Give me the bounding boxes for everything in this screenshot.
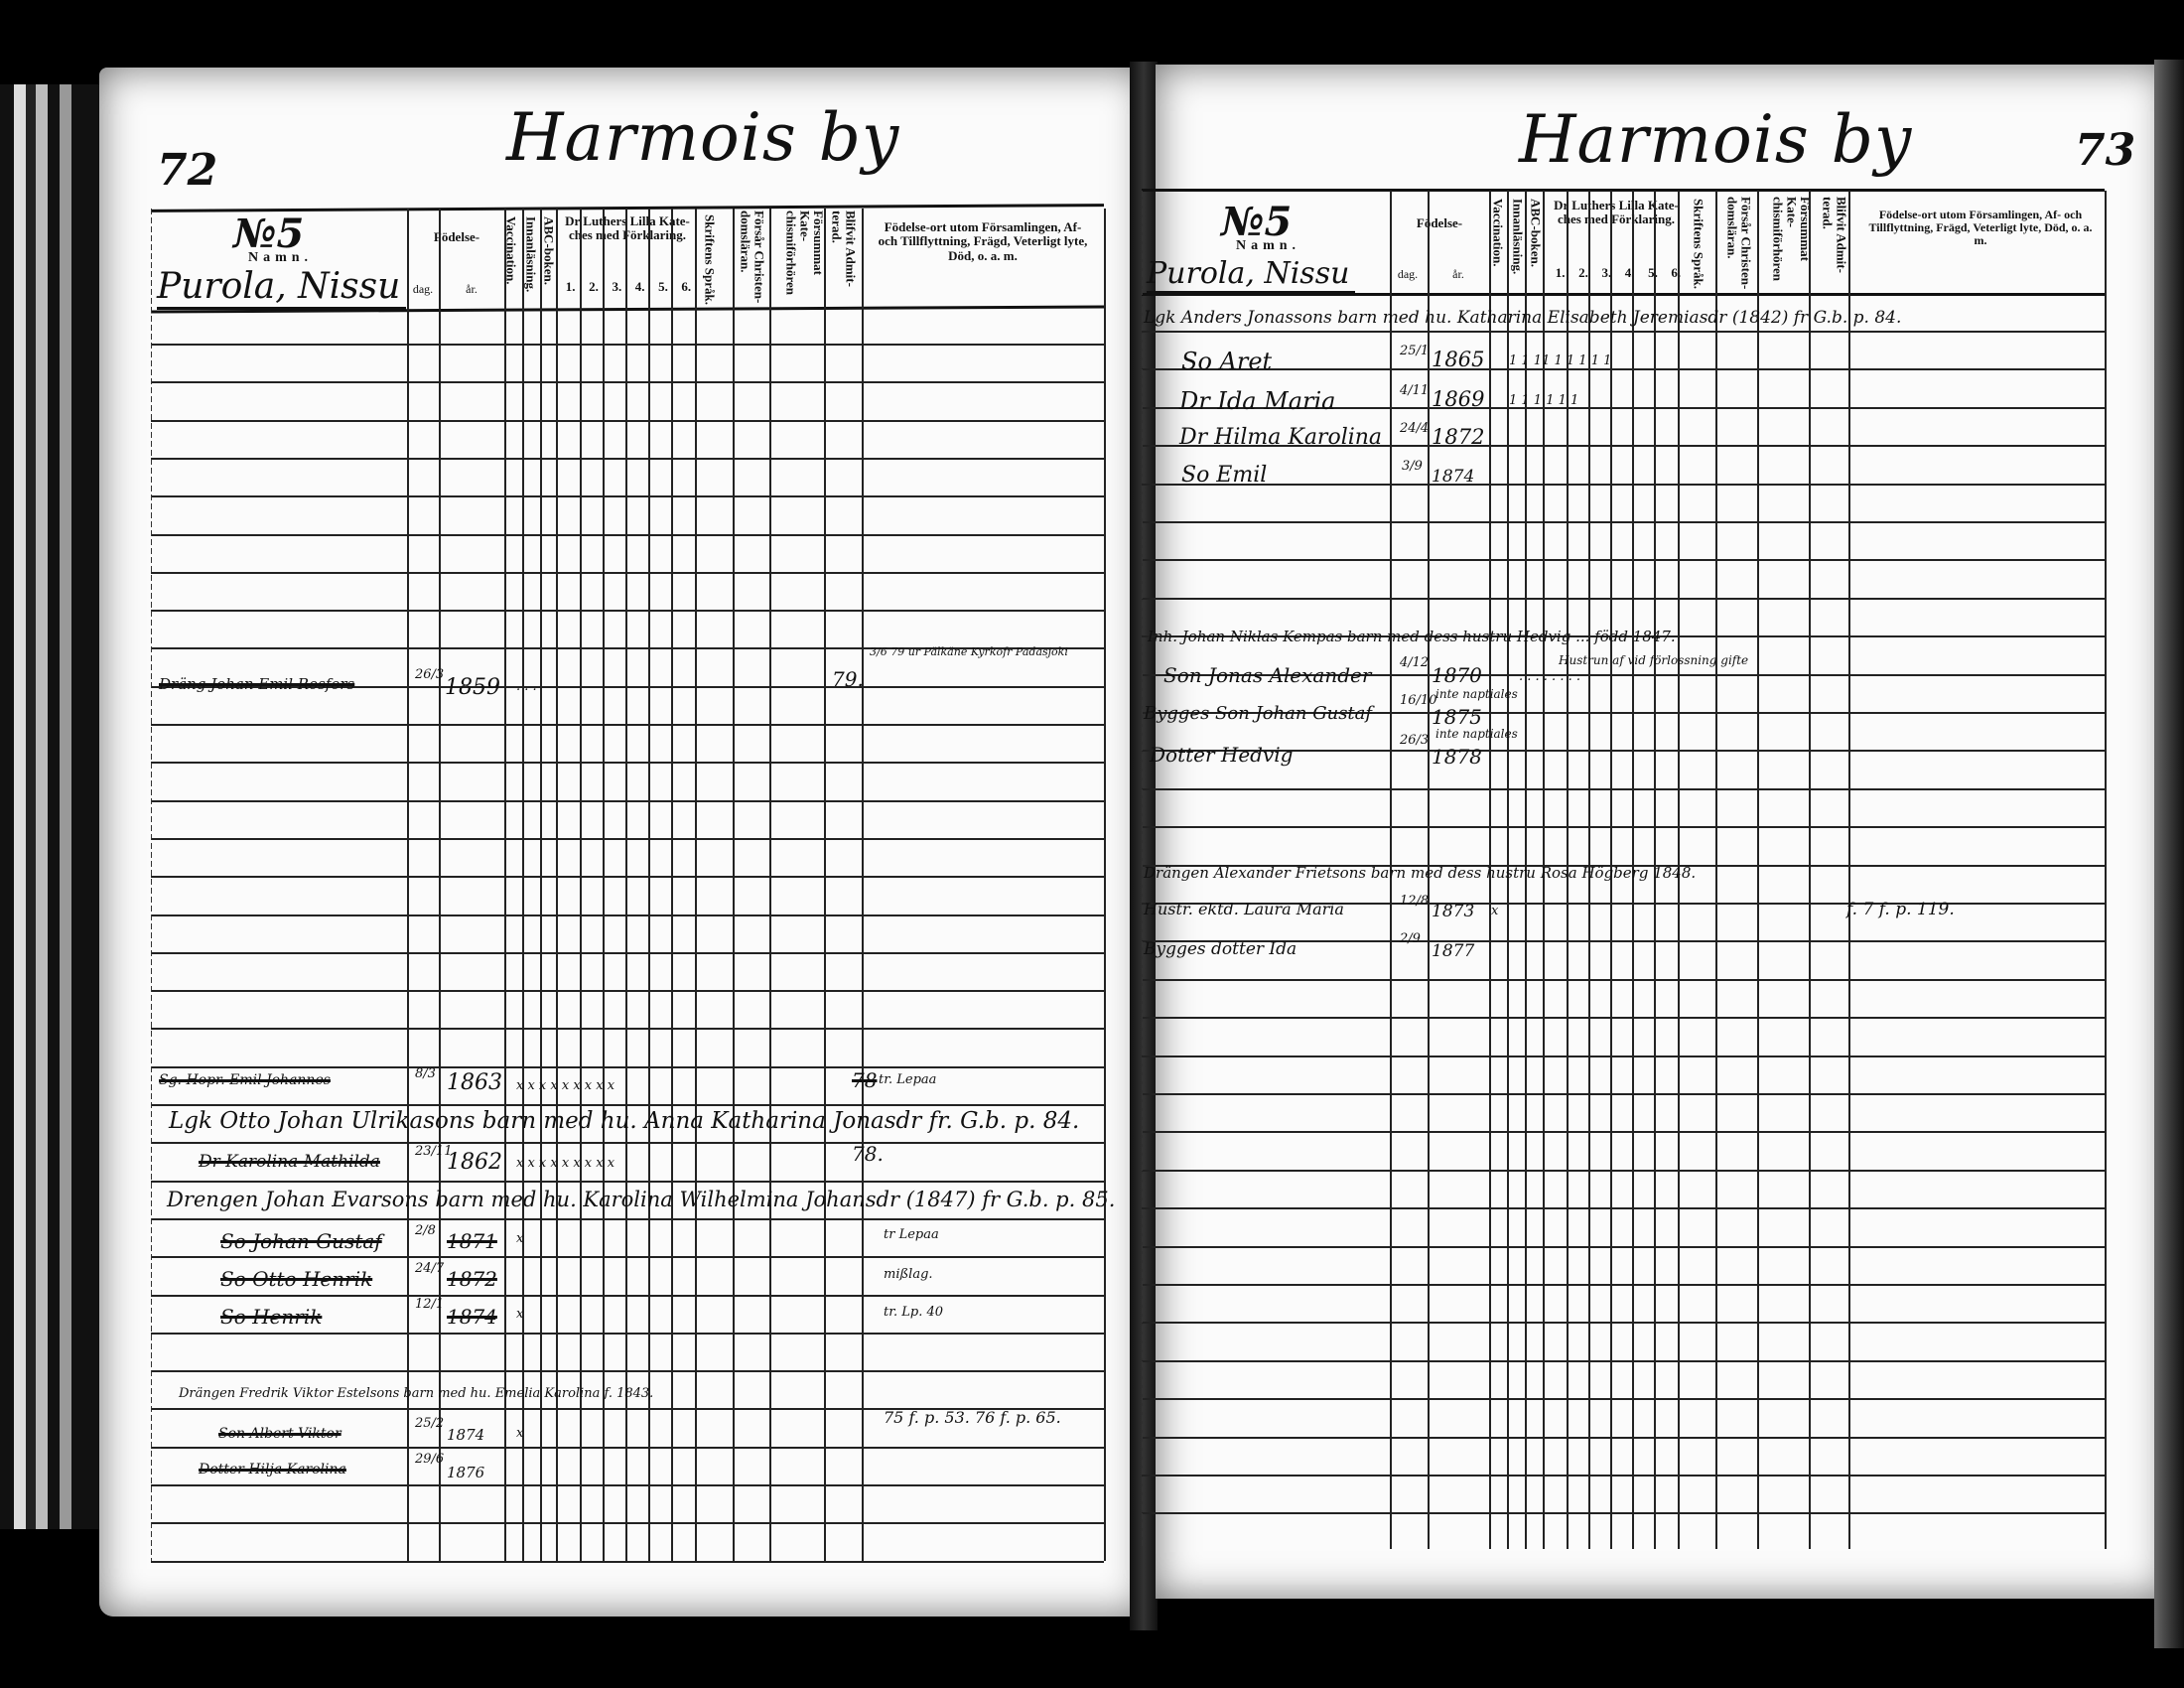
ruled-row-line (151, 838, 1104, 840)
right-entry-marks: 1 1 11 1 1 1 1 1 (1509, 353, 1611, 368)
left-namn-label: Namn. (248, 250, 313, 266)
column-divider (648, 209, 650, 1561)
right-entry-dag: 24/4 (1400, 421, 1429, 436)
left-entry-name: So Johan Gustaf (220, 1229, 382, 1253)
left-entry-marks: x (516, 1231, 523, 1246)
right-entry-ar: 1870 (1432, 663, 1482, 687)
column-divider (1848, 191, 1850, 1549)
ruled-row-line (1142, 1437, 2105, 1439)
right-entry-name: Dr Hilma Karolina (1179, 425, 1382, 450)
left-entry-dag: 8/3 (415, 1066, 436, 1081)
right-entry-remark: Hustrun af vid förlossning gifte (1559, 653, 1748, 667)
left-entry-remark: tr. Lepaa (879, 1072, 936, 1087)
left-header-fodelse: Födelse- (407, 230, 506, 244)
left-entry-marks: . . . (516, 679, 537, 694)
page-left-border (151, 209, 152, 1561)
column-divider (556, 209, 558, 1561)
ruled-row-line (1142, 1360, 2105, 1362)
right-page-number: 73 (2075, 125, 2135, 176)
right-part-2: 2. (1571, 266, 1594, 280)
ruled-row-line (151, 876, 1104, 878)
ruled-row-line (1142, 1512, 2105, 1514)
page-left-border (1142, 191, 1143, 1549)
left-entry-name: Dr Karolina Mathilda (199, 1152, 380, 1172)
ruled-row-line (1142, 559, 2105, 561)
ruled-row-line (151, 1104, 1104, 1106)
right-farm-name: Purola, Nissu (1147, 256, 1355, 294)
right-entry-name: Son Jonas Alexander (1163, 663, 1371, 687)
right-entry-ar: 1878 (1432, 745, 1482, 769)
ruled-row-line (151, 1028, 1104, 1030)
ruled-row-line (151, 344, 1104, 346)
ruled-row-line (1142, 331, 2105, 333)
column-divider (1715, 191, 1717, 1549)
ruled-row-line (1142, 1246, 2105, 1248)
right-entry-name: Bygges Son Johan Gustaf (1144, 703, 1372, 724)
right-entry-dag: 3/9 (1402, 459, 1423, 474)
left-household-head: Drängen Fredrik Viktor Estelsons barn me… (179, 1386, 653, 1401)
right-header-ar: år. (1428, 268, 1489, 281)
right-entry-name: Hustr. ektd. Laura Maria (1144, 900, 1344, 918)
right-entry-ar: 1877 (1432, 941, 1474, 961)
left-entry-name: So Henrik (220, 1305, 322, 1329)
left-entry-ar: 1871 (447, 1229, 497, 1253)
right-entry-note: inte naptiales (1435, 687, 1518, 701)
right-entry-ar: 1875 (1432, 705, 1482, 729)
ruled-row-line (1142, 368, 2105, 370)
left-entry-dag: 26/3 (415, 667, 444, 682)
ruled-row-line (151, 990, 1104, 992)
left-entry-dag: 29/6 (415, 1452, 444, 1467)
left-entry-ar: 1863 (447, 1070, 502, 1095)
ruled-row-line (151, 952, 1104, 954)
left-entry-ar: 1859 (445, 675, 500, 700)
right-namn-label: Namn. (1236, 238, 1300, 254)
column-divider (769, 209, 771, 1561)
ruled-row-line (151, 724, 1104, 726)
ruled-row-line (151, 1295, 1104, 1297)
column-divider (733, 209, 735, 1561)
left-entry-marks: x (516, 1307, 523, 1322)
right-part-5: 5. (1641, 266, 1664, 280)
right-entry-dag: 4/12 (1400, 655, 1429, 670)
left-header-innanlasning: Innanläsning. (524, 216, 538, 304)
ruled-row-line (151, 420, 1104, 422)
column-divider (603, 209, 605, 1561)
column-divider (824, 209, 826, 1561)
right-entry-name: Dotter Hedvig (1150, 743, 1293, 767)
ruled-row-line (1142, 1093, 2105, 1095)
left-entry-marks: x (516, 1426, 523, 1441)
ruled-row-line (151, 1484, 1104, 1486)
left-header-forsar: Försår Christen-domsläran. (739, 211, 765, 306)
ruled-row-line (151, 762, 1104, 764)
right-header-skriftens: Skriftens Språk. (1692, 199, 1706, 290)
right-household-head: Lgk Anders Jonassons barn med hu. Kathar… (1144, 308, 1901, 328)
ruled-row-line (1142, 484, 2105, 486)
ruled-row-line (1142, 826, 2105, 828)
left-entry-admitted: 78. (852, 1142, 884, 1166)
ruled-row-line (1142, 1170, 2105, 1172)
column-divider (407, 209, 409, 1561)
right-entry-dag: 25/1 (1400, 344, 1429, 358)
right-entry-dag: 12/8 (1400, 894, 1429, 909)
column-divider (862, 209, 864, 1561)
left-part-1: 1. (559, 280, 582, 294)
ruled-row-line (151, 610, 1104, 612)
column-divider (2105, 191, 2107, 1549)
column-divider (1757, 191, 1759, 1549)
left-entry-dag: 12/1 (415, 1297, 444, 1312)
ruled-row-line (151, 914, 1104, 916)
ruled-row-line (151, 572, 1104, 574)
ruled-row-line (151, 1218, 1104, 1220)
ruled-row-line (151, 1066, 1104, 1068)
right-village-title: Harmois by (1519, 101, 1912, 178)
right-part-4: 4. (1618, 266, 1641, 280)
left-entry-marks: x x x x x x x x x (516, 1156, 614, 1171)
ruled-row-line (1142, 1055, 2105, 1057)
right-entry-ar: 1874 (1432, 467, 1474, 487)
left-entry-remark: 75 f. p. 53. 76 f. p. 65. (884, 1408, 1061, 1427)
left-entry-ar: 1872 (447, 1267, 497, 1291)
ruled-row-line (1142, 598, 2105, 600)
column-divider (439, 209, 441, 1561)
ruled-row-line (151, 534, 1104, 536)
ruled-row-line (151, 1256, 1104, 1258)
right-header-vaccination: Vaccination. (1491, 199, 1505, 290)
right-entry-ar: 1872 (1432, 425, 1484, 449)
right-header-parts: 1. 2. 3. 4. 5. 6. (1549, 266, 1688, 280)
right-part-3: 3. (1595, 266, 1618, 280)
column-divider (625, 209, 627, 1561)
right-entry-marks: 1 1 1 1 1 1 (1509, 393, 1578, 408)
left-entry-dag: 24/7 (415, 1261, 444, 1276)
left-entry-name: So Otto Henrik (220, 1267, 372, 1291)
left-entry-remark: 3/6 79 ur Pälkäne Kyrkofr Padasjoki (870, 645, 1068, 658)
left-entry-remark: tr Lepaa (884, 1227, 939, 1242)
column-divider (540, 209, 542, 1561)
right-household-head: Drängen Alexander Frietsons barn med des… (1144, 864, 1696, 882)
left-entry-admitted: 79. (832, 667, 864, 691)
left-header-remarks: Födelse-ort utom Församlingen, Af- och T… (874, 220, 1092, 263)
left-household-head: Drengen Johan Evarsons barn med hu. Karo… (167, 1188, 1115, 1211)
right-header-top-rule (1142, 189, 2105, 192)
right-header-fodelse: Födelse- (1390, 216, 1489, 230)
ruled-row-line (1142, 1284, 2105, 1286)
right-entry-marks: . . . . . . . . (1519, 669, 1580, 684)
right-entry-name: So Emil (1181, 463, 1267, 488)
right-header-forsummat: Försummat Kate-chismiförhören (1771, 197, 1812, 290)
left-entry-dag: 25/2 (415, 1416, 444, 1431)
right-part-6: 6. (1665, 266, 1688, 280)
ruled-row-line (151, 1447, 1104, 1449)
right-header-abc: ABC-boken. (1529, 199, 1543, 290)
right-household-head: Inh. Johan Niklas Kempas barn med dess h… (1148, 628, 1676, 645)
right-entry-name: Dr Ida Maria (1179, 387, 1335, 415)
book-gutter (1130, 62, 1158, 1630)
left-header-abc: ABC-boken. (542, 216, 556, 304)
column-divider (671, 209, 673, 1561)
column-divider (1809, 191, 1811, 1549)
ruled-row-line (1142, 979, 2105, 981)
column-divider (1104, 209, 1106, 1561)
column-divider (695, 209, 697, 1561)
right-page-edge-shadow (2154, 60, 2184, 1648)
left-entry-name: Sg. Hopr. Emil Johannes (159, 1072, 331, 1088)
ruled-row-line (151, 800, 1104, 802)
left-header-dag: dag. (407, 283, 439, 296)
left-header-vaccination: Vaccination. (504, 216, 518, 304)
left-header-luther: Dr Luthers Lilla Kate-ches med Förklarin… (558, 214, 697, 243)
ruled-row-line (1142, 1131, 2105, 1133)
right-header-forsar: Försår Christen-domsläran. (1725, 197, 1752, 290)
ruled-row-line (1142, 788, 2105, 790)
book-page-edges (0, 84, 99, 1529)
right-entry-name: Bygges dotter Ida (1144, 939, 1297, 959)
right-entry-name: So Aret (1181, 348, 1272, 375)
left-entry-ar: 1874 (447, 1305, 497, 1329)
ruled-row-line (151, 458, 1104, 460)
ruled-row-line (151, 1142, 1104, 1144)
left-entry-marks: x x x x x x x x x (516, 1078, 614, 1093)
ruled-row-line (151, 1370, 1104, 1372)
ruled-row-line (151, 1561, 1104, 1563)
column-divider (580, 209, 582, 1561)
left-header-blifvit: Blifvit Admit-terad. (830, 211, 857, 306)
left-entry-remark: mißlag. (884, 1267, 933, 1282)
left-header-ar: år. (439, 283, 504, 296)
right-entry-note: inte naptiales (1435, 727, 1518, 741)
left-household-head: Lgk Otto Johan Ulrikasons barn med hu. A… (169, 1108, 1079, 1134)
left-farm-name: Purola, Nissu (157, 266, 406, 310)
right-entry-dag: 2/9 (1400, 931, 1421, 946)
left-entry-dag: 2/8 (415, 1223, 436, 1238)
right-entry-dag: 26/3 (1400, 733, 1429, 748)
right-entry-ar: 1865 (1432, 348, 1484, 371)
left-entry-ar: 1876 (447, 1464, 484, 1481)
column-divider (504, 209, 506, 1561)
right-entry-marks: x (1491, 904, 1498, 918)
right-entry-remark: f. 7 f. p. 119. (1846, 900, 1955, 919)
right-header-innanlasning: Innanläsning. (1511, 199, 1525, 290)
right-entry-dag: 4/11 (1400, 383, 1429, 398)
left-entry-ar: 1874 (447, 1426, 484, 1444)
ruled-row-line (151, 1522, 1104, 1524)
left-entry-name: Son Albert Viktor (218, 1426, 341, 1442)
ruled-row-line (1142, 521, 2105, 523)
ruled-row-line (1142, 1322, 2105, 1324)
left-entry-name: Dotter Hilja Karolina (199, 1462, 346, 1477)
left-entry-remark: tr. Lp. 40 (884, 1305, 943, 1320)
ruled-row-line (1142, 1398, 2105, 1400)
ruled-row-line (1142, 1017, 2105, 1019)
right-header-blifvit: Blifvit Admit-terad. (1821, 197, 1847, 290)
left-village-title: Harmois by (506, 99, 899, 176)
left-entry-admitted: 78 (852, 1068, 877, 1092)
ruled-row-line (151, 1181, 1104, 1183)
ruled-row-line (151, 495, 1104, 497)
ruled-row-line (151, 381, 1104, 383)
column-divider (522, 209, 524, 1561)
left-entry-ar: 1862 (447, 1150, 502, 1175)
left-entry-name: Dräng Johan Emil Rosfors (159, 675, 354, 693)
ruled-row-line (151, 1333, 1104, 1335)
left-page-number: 72 (157, 145, 217, 196)
left-header-skriftens: Skriftens Språk. (703, 214, 717, 306)
ruled-row-line (1142, 1207, 2105, 1209)
right-entry-ar: 1873 (1432, 902, 1474, 921)
ruled-row-line (1142, 1475, 2105, 1477)
right-header-dag: dag. (1390, 268, 1426, 281)
left-header-forsummat: Försummat Kate-chismiförhören (784, 211, 825, 306)
right-header-remarks: Födelse-ort utom Församlingen, Af- och T… (1861, 209, 2100, 248)
right-entry-ar: 1869 (1432, 387, 1484, 411)
